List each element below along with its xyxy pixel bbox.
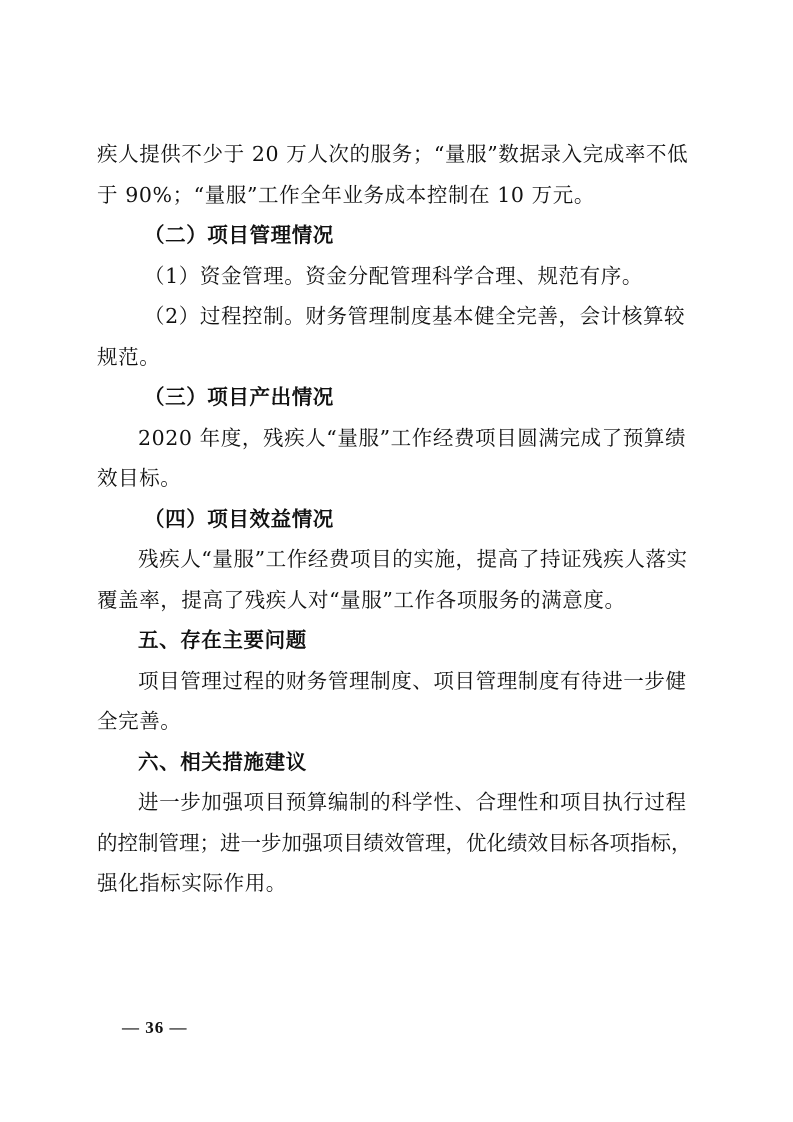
paragraph-project-benefit: 残疾人“量服”工作经费项目的实施，提高了持证残疾人落实 — [97, 539, 697, 580]
section-heading-project-output: （三）项目产出情况 — [97, 377, 697, 418]
body-line: 规范。 — [97, 337, 697, 378]
body-line: 的控制管理；进一步加强项目绩效管理，优化绩效目标各项指标， — [97, 823, 697, 864]
paragraph-project-output: 2020 年度，残疾人“量服”工作经费项目圆满完成了预算绩 — [97, 418, 697, 459]
section-heading-main-problems: 五、存在主要问题 — [97, 620, 697, 661]
paragraph-fund-management: （1）资金管理。资金分配管理科学合理、规范有序。 — [97, 256, 697, 297]
body-line: 疾人提供不少于 20 万人次的服务；“量服”数据录入完成率不低 — [97, 134, 697, 175]
document-body: 疾人提供不少于 20 万人次的服务；“量服”数据录入完成率不低 于 90%；“量… — [97, 134, 697, 904]
body-line: 强化指标实际作用。 — [97, 863, 697, 904]
section-heading-recommendations: 六、相关措施建议 — [97, 742, 697, 783]
page-number: — 36 — — [122, 1018, 188, 1038]
paragraph-main-problems: 项目管理过程的财务管理制度、项目管理制度有待进一步健 — [97, 661, 697, 702]
body-line: 效目标。 — [97, 458, 697, 499]
section-heading-project-benefit: （四）项目效益情况 — [97, 499, 697, 540]
paragraph-recommendations: 进一步加强项目预算编制的科学性、合理性和项目执行过程 — [97, 782, 697, 823]
paragraph-process-control: （2）过程控制。财务管理制度基本健全完善，会计核算较 — [97, 296, 697, 337]
body-line: 于 90%；“量服”工作全年业务成本控制在 10 万元。 — [97, 175, 697, 216]
section-heading-project-management: （二）项目管理情况 — [97, 215, 697, 256]
body-line: 覆盖率，提高了残疾人对“量服”工作各项服务的满意度。 — [97, 580, 697, 621]
body-line: 全完善。 — [97, 701, 697, 742]
